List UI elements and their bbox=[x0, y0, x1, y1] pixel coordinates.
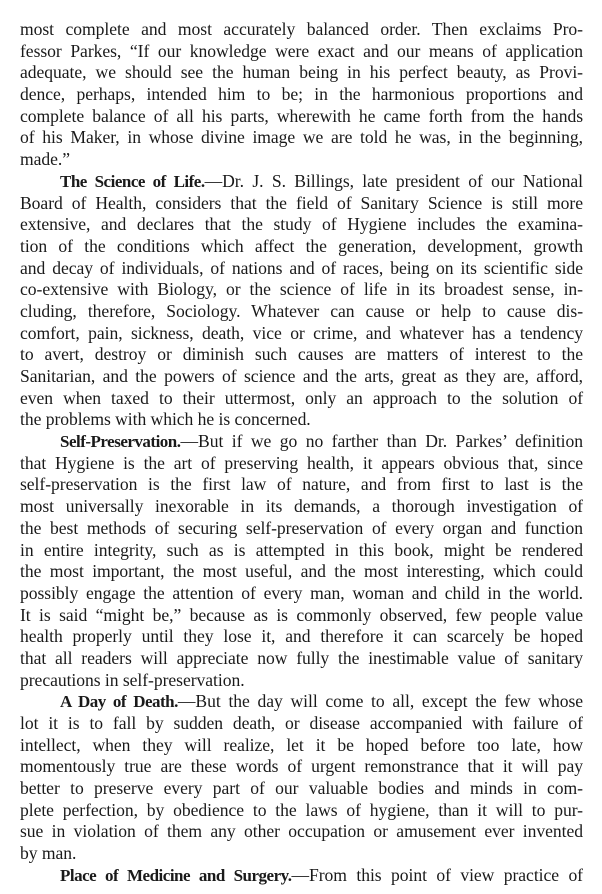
text-line: dence, perhaps, intended him to be; in t… bbox=[20, 84, 583, 106]
text-line: the problems with which he is concerned. bbox=[20, 409, 583, 431]
text-line: self-preservation is the first law of na… bbox=[20, 474, 583, 496]
text-line: A Day of Death.—But the day will come to… bbox=[20, 691, 583, 713]
text-line: co-extensive with Biology, or the scienc… bbox=[20, 279, 583, 301]
section-heading: The Science of Life. bbox=[60, 172, 205, 191]
section-heading: Place of Medicine and Surgery. bbox=[60, 866, 291, 885]
text-line: precautions in self-preservation. bbox=[20, 670, 583, 692]
text-line: even when taxed to their uttermost, only… bbox=[20, 388, 583, 410]
text-line: the most important, the most useful, and… bbox=[20, 561, 583, 583]
text-line: made.” bbox=[20, 149, 583, 171]
text-line: Self-Preservation.—But if we go no farth… bbox=[20, 431, 583, 453]
text-line: The Science of Life.—Dr. J. S. Billings,… bbox=[20, 171, 583, 193]
paragraph-science-of-life: The Science of Life.—Dr. J. S. Billings,… bbox=[20, 171, 583, 431]
section-heading: Self-Preservation. bbox=[60, 432, 181, 451]
text-line: that all readers will appreciate now ful… bbox=[20, 648, 583, 670]
heading-run-text: —But if we go no farther than Dr. Parkes… bbox=[181, 431, 583, 451]
text-line: health properly until they lose it, and … bbox=[20, 626, 583, 648]
heading-run-text: —Dr. J. S. Billings, late president of o… bbox=[205, 171, 583, 191]
text-line: fessor Parkes, “If our knowledge were ex… bbox=[20, 41, 583, 63]
heading-run-text: —From this point of view practice of bbox=[291, 865, 583, 885]
text-line: extensive, and declares that the study o… bbox=[20, 214, 583, 236]
text-line: It is said “might be,” because as is com… bbox=[20, 605, 583, 627]
heading-run-text: —But the day will come to all, except th… bbox=[178, 691, 583, 711]
text-line: Board of Health, considers that the fiel… bbox=[20, 193, 583, 215]
text-line: of his Maker, in whose divine image we a… bbox=[20, 127, 583, 149]
document-page: most complete and most accurately balanc… bbox=[20, 19, 583, 887]
text-line: to avert, destroy or diminish such cause… bbox=[20, 344, 583, 366]
text-line: and decay of individuals, of nations and… bbox=[20, 258, 583, 280]
text-line: momentously true are these words of urge… bbox=[20, 756, 583, 778]
text-line: better to preserve every part of our val… bbox=[20, 778, 583, 800]
text-line: complete balance of all his parts, where… bbox=[20, 106, 583, 128]
text-line: the best methods of securing self-preser… bbox=[20, 518, 583, 540]
text-line: by man. bbox=[20, 843, 583, 865]
text-line: in entire integrity, such as is attempte… bbox=[20, 540, 583, 562]
text-line: Sanitarian, and the powers of science an… bbox=[20, 366, 583, 388]
text-line: possibly engage the attention of every m… bbox=[20, 583, 583, 605]
text-line: adequate, we should see the human being … bbox=[20, 62, 583, 84]
paragraph-self-preservation: Self-Preservation.—But if we go no farth… bbox=[20, 431, 583, 691]
text-line: Place of Medicine and Surgery.—From this… bbox=[20, 865, 583, 887]
paragraph-day-of-death: A Day of Death.—But the day will come to… bbox=[20, 691, 583, 865]
text-line: cluding, therefore, Sociology. Whatever … bbox=[20, 301, 583, 323]
paragraph-place-of-medicine: Place of Medicine and Surgery.—From this… bbox=[20, 865, 583, 887]
paragraph-continuation: most complete and most accurately balanc… bbox=[20, 19, 583, 171]
text-line: most universally inexorable in its deman… bbox=[20, 496, 583, 518]
text-line: sue in violation of them any other occup… bbox=[20, 821, 583, 843]
section-heading: A Day of Death. bbox=[60, 692, 178, 711]
text-line: plete perfection, by obedience to the la… bbox=[20, 800, 583, 822]
text-line: lot it is to fall by sudden death, or di… bbox=[20, 713, 583, 735]
text-line: most complete and most accurately balanc… bbox=[20, 19, 583, 41]
text-line: intellect, when they will realize, let i… bbox=[20, 735, 583, 757]
text-line: that Hygiene is the art of preserving he… bbox=[20, 453, 583, 475]
text-line: comfort, pain, sickness, death, vice or … bbox=[20, 323, 583, 345]
text-line: tion of the conditions which affect the … bbox=[20, 236, 583, 258]
